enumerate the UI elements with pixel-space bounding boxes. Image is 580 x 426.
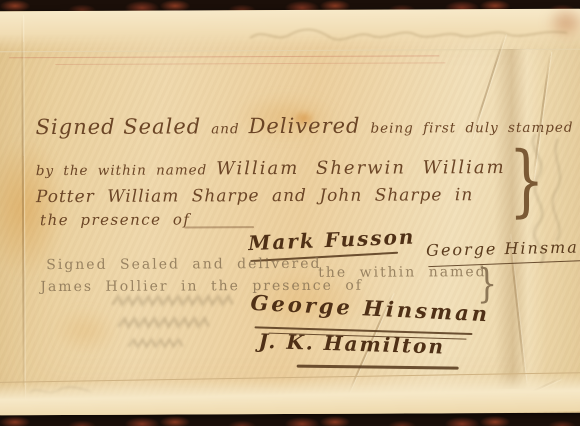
carpet-background: Signed Sealed and Delivered being first … xyxy=(0,0,580,426)
signature-george-hinsman-right: George Hinsman xyxy=(426,237,580,260)
line3-text: Potter William Sharpe and John Sharpe in xyxy=(36,185,473,207)
attestation-line-3: Potter William Sharpe and John Sharpe in xyxy=(36,185,473,207)
attestation-line-4: the presence of xyxy=(40,210,190,229)
attestation2-line-1a: Signed Sealed and delivered xyxy=(46,256,321,273)
line2-lead: by the within named xyxy=(36,162,208,179)
phrase-delivered: Delivered xyxy=(249,114,361,138)
document-paper: Signed Sealed and Delivered being first … xyxy=(0,9,580,416)
line2-names: William Sherwin William xyxy=(216,157,505,179)
pen-flourish xyxy=(184,226,254,228)
attestation2-lead: Signed Sealed and delivered xyxy=(46,256,321,273)
line4-text: the presence of xyxy=(40,210,190,229)
ink-showthrough xyxy=(245,21,575,48)
paper-surface: Signed Sealed and Delivered being first … xyxy=(0,9,580,416)
phrase-signed-sealed: Signed Sealed xyxy=(36,114,202,139)
attestation-line-2: by the within named William Sherwin Will… xyxy=(36,157,506,180)
phrase-stamped: being first duly stamped xyxy=(370,120,573,137)
right-brace-primary: } xyxy=(509,141,545,221)
right-brace-secondary: } xyxy=(477,263,498,305)
word-and: and xyxy=(211,121,239,137)
attestation-line-1: Signed Sealed and Delivered being first … xyxy=(36,113,580,139)
